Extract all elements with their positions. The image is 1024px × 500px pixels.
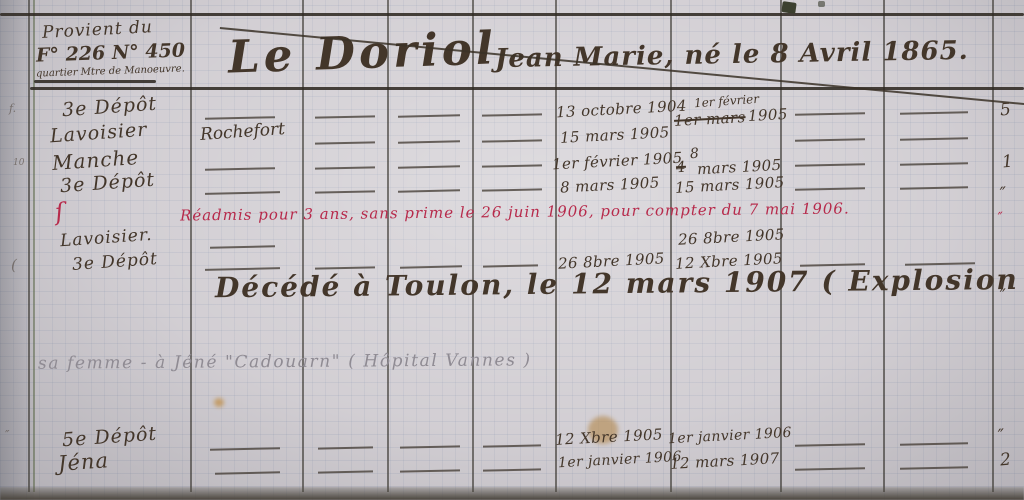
top-rule xyxy=(0,13,1024,16)
unit-cell: Lavoisier xyxy=(49,119,148,148)
margin-count: 1 xyxy=(1001,152,1014,173)
column-rule xyxy=(555,0,557,492)
blank-dash xyxy=(795,187,865,191)
record-title-given: Jean Marie, né le 8 Avril 1865. xyxy=(495,36,969,74)
blank-dash xyxy=(795,467,865,471)
column-rule xyxy=(33,0,35,492)
blank-dash xyxy=(483,444,541,447)
blank-dash xyxy=(483,468,541,471)
blank-dash xyxy=(795,112,865,116)
margin-mark: ( xyxy=(11,256,17,274)
blank-dash xyxy=(315,141,375,144)
column-rule xyxy=(670,0,672,492)
blank-dash xyxy=(315,115,375,118)
date-cell: 26 8bre 1905 xyxy=(678,225,786,249)
blank-dash xyxy=(215,471,280,474)
flourish-mark: ſ xyxy=(54,198,66,227)
provenance-underline xyxy=(34,80,156,83)
readmission-note: Réadmis pour 3 ans, sans prime le 26 jui… xyxy=(180,199,850,224)
margin-count: ″ xyxy=(997,426,1005,446)
column-rule xyxy=(190,0,192,492)
pencil-note: sa femme - à Jéné "Cadouarn" ( Hôpital V… xyxy=(38,350,532,373)
margin-count: ″ xyxy=(999,184,1007,204)
date-cell: 1er janvier 1906 xyxy=(668,425,793,447)
date-cell: 1er février 1905 xyxy=(552,149,683,174)
location-cell: Rochefort xyxy=(199,119,285,145)
column-rule xyxy=(992,0,994,492)
blank-dash xyxy=(398,165,460,168)
blank-dash xyxy=(482,113,542,116)
unit-cell: 5e Dépôt xyxy=(61,423,157,452)
margin-mark: 10 xyxy=(13,158,24,168)
unit-cell: 3e Dépôt xyxy=(61,93,157,122)
stain xyxy=(214,398,224,407)
blank-dash xyxy=(210,245,275,248)
unit-cell: Jéna xyxy=(57,448,109,475)
blank-dash xyxy=(398,189,460,192)
column-rule xyxy=(883,0,885,492)
column-rule xyxy=(28,0,30,492)
register-page: Provient du F° 226 N° 450 quartier Mtre … xyxy=(0,0,1024,500)
blank-dash xyxy=(400,469,460,472)
blank-dash xyxy=(482,164,542,167)
blank-dash xyxy=(900,162,968,166)
ink-blot xyxy=(818,1,825,7)
page-bottom-edge xyxy=(0,487,1024,500)
blank-dash xyxy=(318,470,373,473)
blank-dash xyxy=(205,167,275,171)
margin-count: 5 xyxy=(999,100,1012,121)
margin-count: 2 xyxy=(999,450,1012,471)
blank-dash xyxy=(205,116,275,120)
provenance-line-1: Provient du xyxy=(42,17,154,43)
blank-dash xyxy=(795,443,865,447)
margin-mark: f. xyxy=(9,102,16,115)
unit-cell: Lavoisier. xyxy=(59,225,153,251)
blank-dash xyxy=(482,188,542,191)
provenance-line-2: F° 226 N° 450 xyxy=(36,39,186,66)
blank-dash xyxy=(400,445,460,448)
blank-dash xyxy=(210,447,280,451)
date-struck: 1er mars xyxy=(674,108,746,130)
blank-dash xyxy=(795,163,865,167)
date-cell: 8 mars 1905 xyxy=(560,173,661,196)
date-cell: 15 mars 1905 xyxy=(675,173,785,197)
blank-dash xyxy=(398,114,460,117)
blank-dash xyxy=(900,466,968,470)
ink-blot xyxy=(781,1,796,14)
date-cell: 12 mars 1907 xyxy=(670,449,780,473)
blank-dash xyxy=(900,111,968,115)
blank-dash xyxy=(900,137,968,141)
blank-dash xyxy=(318,446,373,449)
column-rule xyxy=(780,0,782,492)
margin-count-red: ″ xyxy=(997,210,1004,226)
date-cell: 1905 xyxy=(748,105,789,125)
blank-dash xyxy=(315,166,375,169)
blank-dash xyxy=(205,191,280,195)
date-cell: 13 octobre 1904 xyxy=(556,97,688,122)
date-struck: 4 xyxy=(676,158,687,176)
blank-dash xyxy=(482,139,542,142)
blank-dash xyxy=(398,140,460,143)
date-cell: 15 mars 1905 xyxy=(560,123,670,147)
date-cell: 1er janvier 1906 xyxy=(558,449,683,471)
blank-dash xyxy=(315,190,375,193)
blank-dash xyxy=(795,138,865,142)
blank-dash xyxy=(900,442,968,446)
margin-mark: ″ xyxy=(5,428,9,442)
unit-cell: 3e Dépôt xyxy=(71,249,158,275)
date-cell: 12 Xbre 1905 xyxy=(555,425,664,449)
blank-dash xyxy=(900,186,968,190)
